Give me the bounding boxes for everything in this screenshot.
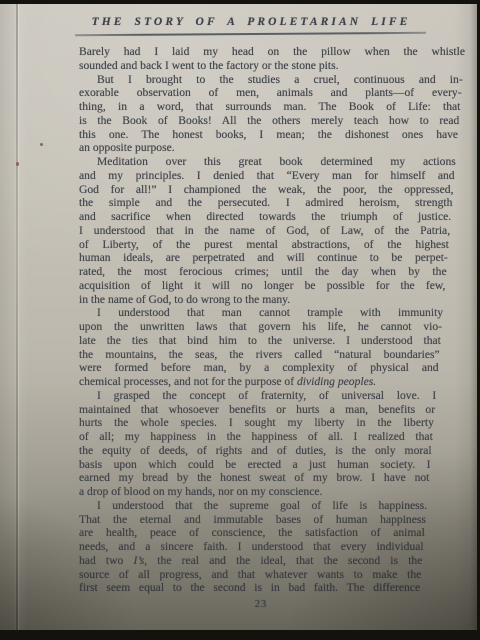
text-line: God for all!” I championed the weak, the… — [79, 183, 454, 197]
page-number: 23 — [241, 599, 281, 610]
stitch-speck — [16, 162, 19, 166]
text-line: I understood that the supreme goal of li… — [79, 499, 427, 513]
text-line: source of all progress, and that whateve… — [79, 568, 421, 582]
text-line: are health, peace of conscience, the sat… — [79, 526, 425, 540]
text-line: the simple and the persecuted. I admired… — [79, 196, 452, 210]
text-line: needs, and a sincere faith. I understood… — [79, 540, 424, 554]
text-line: I grasped the concept of fraternity, of … — [79, 389, 436, 403]
running-header-title: THE STORY OF A PROLETARIAN LIFE — [76, 16, 426, 28]
header-rule — [75, 32, 426, 36]
text-line: this one. The honest books, I mean; the … — [79, 128, 458, 142]
text-line: rated, the most ferocious crimes; until … — [79, 265, 447, 279]
text-line: an opposite purpose. — [79, 141, 457, 155]
page-gutter-crease — [16, 4, 18, 630]
text-line: of Liberty, of the purest mental abstrac… — [79, 238, 449, 252]
text-line: a drop of blood on my hands, nor on my c… — [79, 485, 428, 499]
text-line: thing, in a word, that surrounds man. Th… — [79, 100, 460, 114]
text-line: exorable observation of men, animals and… — [79, 86, 462, 100]
text-line: is the Book of Books! All the others mer… — [79, 114, 459, 128]
text-line: chemical processes, and not for the purp… — [79, 375, 437, 389]
text-line: basis upon which could be erected a just… — [79, 458, 431, 472]
text-line: But I brought to the studies a cruel, co… — [79, 73, 463, 87]
text-line: I understood that man cannot trample wit… — [79, 306, 443, 320]
text-line: late the ties that bind him to the unive… — [79, 334, 441, 348]
text-line: hurts the whole species. I sought my lib… — [79, 416, 434, 430]
text-line: acquisition of light it will no longer b… — [79, 279, 445, 293]
text-line: sounded and back I went to the factory o… — [79, 59, 464, 73]
text-line: and sacrifice when directed towards the … — [79, 210, 451, 224]
text-line: were formed before man, by a complexity … — [79, 361, 439, 375]
text-line: Barely had I laid my head on the pillow … — [79, 45, 465, 59]
italic-phrase: dividing peoples. — [297, 375, 376, 388]
text-line: the mountains, the seas, the rivers call… — [79, 348, 440, 362]
text-line: in the name of God, to do wrong to the m… — [79, 293, 444, 307]
text-line: of all; my happiness in the happiness of… — [79, 430, 433, 444]
text-line: and my principles. I denied that “Every … — [79, 169, 455, 183]
book-page: THE STORY OF A PROLETARIAN LIFE Barely h… — [0, 4, 477, 630]
text-line: That the eternal and immutable bases of … — [79, 513, 426, 527]
text-line: the equity of deeds, of rights and of du… — [79, 444, 432, 458]
text-line: maintained that whosoever benefits or hu… — [79, 403, 435, 417]
book-photo: THE STORY OF A PROLETARIAN LIFE Barely h… — [0, 0, 480, 640]
text-line: upon the unwritten laws that govern his … — [79, 320, 442, 334]
text-line: had two I’s, the real and the ideal, tha… — [79, 554, 422, 568]
text-line: earned my bread by the honest sweat of m… — [79, 471, 429, 485]
text-line: human ideals, are perpetrated and will c… — [79, 251, 448, 265]
italic-phrase: I’s — [133, 554, 144, 567]
text-line: Meditation over this great book determin… — [79, 155, 456, 169]
dirt-speck — [40, 143, 43, 146]
text-block: Barely had I laid my head on the pillow … — [79, 45, 465, 595]
text-line: first seem equal to the second is in bad… — [79, 581, 420, 595]
text-line: I understood that in the name of God, of… — [79, 224, 450, 238]
